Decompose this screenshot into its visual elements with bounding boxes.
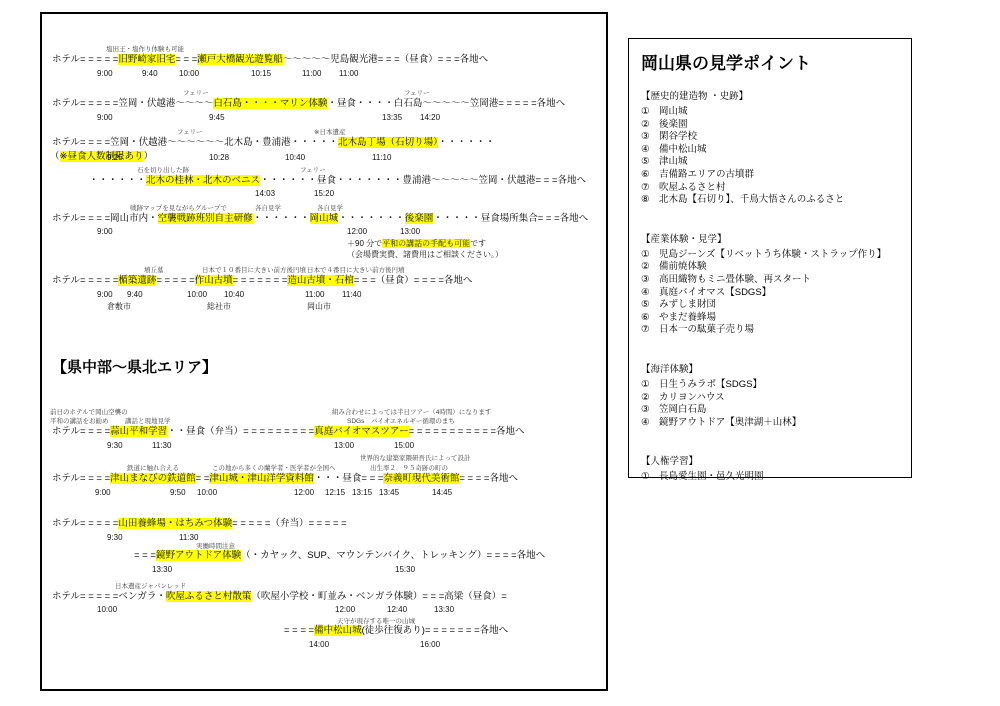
time-label: 9:50	[170, 489, 186, 498]
annotation: 墳丘墓	[144, 267, 164, 274]
highlighted-text: 旧野崎家旧宅	[118, 54, 175, 65]
annotation: 日本で１０番目に大きい前方後円墳	[202, 267, 306, 274]
annotation: 前日のホテルで岡山空襲の	[50, 409, 128, 416]
panel-section: 【歴史的建造物 ・史跡】① 岡山城② 後楽園③ 閑谷学校④ 備中松山城⑤ 津山城…	[641, 88, 899, 207]
time-label: 14:20	[420, 114, 440, 123]
panel-title: 岡山県の見学ポイント	[641, 49, 899, 74]
panel-sections: 【歴史的建造物 ・史跡】① 岡山城② 後楽園③ 閑谷学校④ 備中松山城⑤ 津山城…	[641, 88, 899, 484]
time-label: 11:30	[152, 442, 171, 451]
city-label: 総社市	[207, 303, 231, 312]
panel-item: ④ 備中松山城	[641, 144, 899, 157]
section-heading: 【県中部～県北エリア】	[52, 360, 217, 377]
highlighted-text: 白石島・・・・マリン体験	[213, 98, 327, 109]
highlighted-text: 作山古墳	[195, 275, 233, 286]
annotation: フェリー	[404, 90, 430, 97]
note-line: （会場費実費、諸費用はご相談ください。）	[347, 251, 503, 260]
highlighted-text: 吹屋ふるさと村散策	[166, 591, 252, 602]
itinerary-line: （※昼食人数制限あり）	[50, 152, 153, 162]
panel-item: ① 児島ジーンズ【リベットうち体験・ストラップ作り】	[641, 249, 899, 262]
time-label: 10:00	[187, 291, 207, 300]
annotation: 講話と現地見学	[125, 418, 171, 425]
itinerary-line: ホテル= = = =蒜山平和学習・・昼食（弁当）= = = = = = = = …	[52, 427, 525, 437]
panel-item: ⑥ やまだ養蜂場	[641, 312, 899, 325]
highlighted-text: 津山まなびの鉄道館	[110, 473, 196, 484]
time-label: 15:30	[395, 566, 415, 575]
itinerary-document: 塩田王・塩作り体験も可能ホテル= = = = =旧野崎家旧宅= = =瀬戸大橋観…	[40, 12, 608, 691]
time-label: 9:00	[97, 228, 113, 237]
highlighted-text: 蒜山平和学習	[110, 426, 167, 437]
time-label: 11:00	[339, 70, 358, 79]
note-line: ＋90 分で平和の講話の手配も可能です	[347, 240, 486, 249]
time-label: 11:10	[372, 154, 391, 163]
highlighted-text: 北木島丁場（石切り場）	[338, 137, 438, 148]
highlighted-text: 空襲戦跡班別自主研修	[158, 213, 253, 224]
itinerary-line: ホテル= = = = =笠岡・伏越港～～～～白石島・・・・マリン体験・昼食・・・…	[52, 99, 565, 109]
time-label: 9:25	[107, 154, 123, 163]
itinerary-line: ホテル= = = = =楯築遺跡= = = = =作山古墳= = = = = =…	[52, 276, 472, 286]
panel-item: ⑤ 津山城	[641, 156, 899, 169]
time-label: 10:28	[209, 154, 229, 163]
annotation: フェリー	[300, 167, 326, 174]
city-label: 岡山市	[307, 303, 331, 312]
itinerary-line: ホテル= = = =岡山市内・空襲戦跡班別自主研修・・・・・・岡山城・・・・・・…	[52, 214, 588, 224]
panel-item: ② 後楽園	[641, 119, 899, 132]
time-label: 12:40	[387, 606, 407, 615]
annotation: 戦跡マップを見ながらグループで	[130, 205, 227, 212]
annotation: 組み合わせによっては半日ツアー（4時間）になります	[332, 409, 491, 416]
time-label: 13:00	[400, 228, 420, 237]
time-label: 13:15	[352, 489, 372, 498]
time-label: 11:30	[179, 534, 198, 543]
annotation: 日本遺産ジャパンレッド	[115, 583, 186, 590]
time-label: 10:40	[224, 291, 244, 300]
itinerary-line: = = =鏡野アウトドア体験（・カヤック、SUP、マウンテンバイク、トレッキング…	[134, 551, 545, 561]
sightseeing-points-panel: 岡山県の見学ポイント 【歴史的建造物 ・史跡】① 岡山城② 後楽園③ 閑谷学校④…	[628, 38, 912, 478]
time-label: 9:00	[97, 114, 113, 123]
time-label: 9:00	[97, 291, 113, 300]
highlighted-text: 後楽園	[405, 213, 434, 224]
time-label: 9:45	[209, 114, 225, 123]
highlighted-text: 津山城・津山洋学資料館	[209, 473, 314, 484]
panel-item: ② 備前焼体験	[641, 261, 899, 274]
annotation: フェリー	[177, 129, 203, 136]
time-label: 15:00	[394, 442, 414, 451]
time-label: 14:00	[309, 641, 329, 650]
panel-section-header: 【人権学習】	[641, 453, 899, 467]
itinerary-line: ホテル= = = = =旧野崎家旧宅= = =瀬戸大橋観光遊覧船～～～～～児島観…	[52, 55, 488, 65]
time-label: 10:15	[251, 70, 271, 79]
time-label: 10:00	[197, 489, 217, 498]
highlighted-text: 奈義町現代美術館	[383, 473, 459, 484]
highlighted-text: 造山古墳・石棺	[287, 275, 354, 286]
annotation: 世界的な建築家隈研吾氏によって設計	[360, 455, 471, 462]
annotation: この地から多くの蘭学者・医学者が全国へ	[212, 465, 336, 472]
time-label: 13:30	[434, 606, 454, 615]
highlighted-text: 平和の講話の手配も可能	[382, 239, 470, 248]
panel-item: ④ 真庭バイオマス【SDGS】	[641, 287, 899, 300]
annotation: 各自見学	[317, 205, 343, 212]
annotation: 平和の講話をお勧め	[50, 418, 109, 425]
time-label: 16:00	[420, 641, 440, 650]
time-label: 13:45	[379, 489, 399, 498]
highlighted-text: 真庭バイオマスツアー	[314, 426, 408, 437]
time-label: 11:00	[305, 291, 324, 300]
itinerary-line: ホテル= = = =津山まなびの鉄道館= =津山城・津山洋学資料館・・・昼食= …	[52, 474, 518, 484]
panel-item: ⑤ みずしま財団	[641, 299, 899, 312]
time-label: 12:00	[294, 489, 314, 498]
time-label: 10:00	[97, 606, 117, 615]
panel-section-header: 【海洋体験】	[641, 361, 899, 375]
page: 塩田王・塩作り体験も可能ホテル= = = = =旧野崎家旧宅= = =瀬戸大橋観…	[0, 0, 1000, 706]
time-label: 10:40	[285, 154, 305, 163]
time-label: 9:30	[107, 442, 123, 451]
panel-item: ① 長島愛生園・邑久光明園	[641, 471, 899, 484]
panel-item: ⑦ 日本一の駄菓子売り場	[641, 324, 899, 337]
itinerary-line: = = = =備中松山城(徒歩往復あり)= = = = = = =各地へ	[284, 626, 508, 636]
time-label: 14:45	[432, 489, 452, 498]
time-label: 14:03	[255, 190, 275, 199]
panel-section-header: 【産業体験・見学】	[641, 231, 899, 245]
panel-item: ⑦ 吹屋ふるさと村	[641, 182, 899, 195]
time-label: 15:20	[314, 190, 334, 199]
highlighted-text: 瀬戸大橋観光遊覧船	[197, 54, 283, 65]
time-label: 9:40	[127, 291, 143, 300]
time-label: 11:00	[302, 70, 321, 79]
annotation: SDGs バイオエネルギー循環のまち	[347, 418, 455, 425]
time-label: 9:40	[142, 70, 158, 79]
panel-item: ⑥ 吉備路エリアの古墳群	[641, 169, 899, 182]
panel-item: ③ 笠岡白石島	[641, 404, 899, 417]
time-label: 12:00	[347, 228, 367, 237]
annotation: 塩田王・塩作り体験も可能	[106, 46, 184, 53]
panel-item: ⑧ 北木島【石切り】、千鳥大悟さんのふるさと	[641, 194, 899, 207]
annotation: 日本で４番目に大きい前方後円墳	[307, 267, 405, 274]
highlighted-text: 備中松山城	[314, 625, 362, 636]
panel-section: 【海洋体験】① 日生うみラボ【SDGS】② カリヨンハウス③ 笠岡白石島④ 鏡野…	[641, 361, 899, 429]
highlighted-text: 楯築遺跡	[118, 275, 156, 286]
annotation: ※日本遺産	[314, 129, 345, 136]
panel-item: ③ 閑谷学校	[641, 131, 899, 144]
highlighted-text: 山田養蜂場・はちみつ体験	[118, 518, 232, 529]
time-label: 9:00	[97, 70, 113, 79]
time-label: 12:00	[335, 606, 355, 615]
annotation: フェリー	[183, 90, 209, 97]
time-label: 13:30	[152, 566, 172, 575]
annotation: 出生率２．９５奇跡の町の	[370, 465, 448, 472]
time-label: 9:00	[95, 489, 111, 498]
time-label: 13:35	[382, 114, 402, 123]
city-label: 倉敷市	[107, 303, 131, 312]
annotation: 各自見学	[255, 205, 281, 212]
panel-section-header: 【歴史的建造物 ・史跡】	[641, 88, 899, 102]
time-label: 13:00	[334, 442, 354, 451]
itinerary-line: ・・・・・・北木の桂林・北木のベニス・・・・・・昼食・・・・・・・豊浦港～～～～…	[89, 176, 586, 186]
highlighted-text: 鏡野アウトドア体験	[156, 550, 241, 561]
time-label: 10:00	[179, 70, 199, 79]
itinerary-line: ホテル= = = =笠岡・伏越港～～～～～～北木島・豊浦港・・・・・北木島丁場（…	[52, 138, 495, 148]
panel-item: ④ 鏡野アウトドア【奥津湖＋山林】	[641, 417, 899, 430]
time-label: 9:30	[107, 534, 123, 543]
highlighted-text: 北木の桂林・北木のベニス	[146, 175, 260, 186]
panel-item: ② カリヨンハウス	[641, 392, 899, 405]
panel-item: ① 岡山城	[641, 106, 899, 119]
itinerary-line: ホテル= = = = =山田養蜂場・はちみつ体験= = = = =（弁当）= =…	[52, 519, 347, 529]
panel-section: 【産業体験・見学】① 児島ジーンズ【リベットうち体験・ストラップ作り】② 備前焼…	[641, 231, 899, 337]
time-label: 12:15	[325, 489, 345, 498]
itinerary-line: ホテル= = = = =ベンガラ・吹屋ふるさと村散策（吹屋小学校・町並み・ベンガ…	[52, 592, 507, 602]
panel-item: ③ 高田織物もミニ畳体験、再スタート	[641, 274, 899, 287]
panel-section: 【人権学習】① 長島愛生園・邑久光明園	[641, 453, 899, 484]
highlighted-text: ※昼食人数制限あり	[60, 151, 144, 162]
highlighted-text: 岡山城	[310, 213, 339, 224]
panel-item: ① 日生うみラボ【SDGS】	[641, 379, 899, 392]
time-label: 11:40	[342, 291, 361, 300]
annotation: 石を切り出した跡	[137, 167, 189, 174]
annotation: 鉄道に触れ合える	[127, 465, 179, 472]
